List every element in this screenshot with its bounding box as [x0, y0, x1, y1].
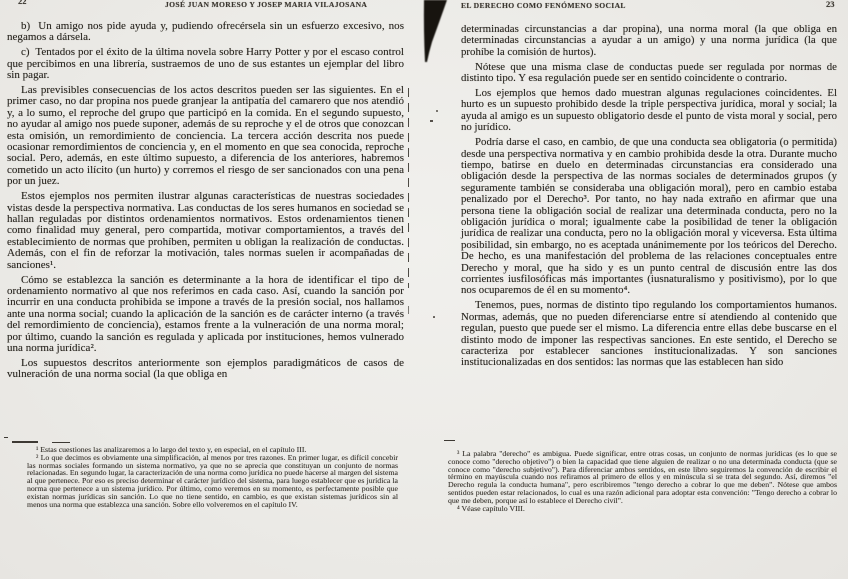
left-page-number: 22 [18, 0, 27, 6]
gutter-crease-tick [408, 306, 409, 314]
body-paragraph: Tenemos, pues, normas de distinto tipo r… [461, 300, 837, 368]
body-paragraph: Los supuestos descritos anteriormente so… [7, 358, 404, 381]
body-paragraph: Podría darse el caso, en cambio, de que … [461, 137, 837, 297]
scan-mark [444, 440, 455, 441]
right-footnotes: ³ La palabra "derecho" es ambigua. Puede… [448, 450, 837, 512]
body-paragraph: Nótese que una misma clase de conductas … [461, 62, 837, 85]
footnote: ³ La palabra "derecho" es ambigua. Puede… [448, 450, 837, 505]
scan-speck [433, 316, 435, 318]
right-body-text: determinadas circunstancias a dar propin… [461, 24, 837, 372]
footnote-separator-dash [12, 441, 38, 443]
body-paragraph: c) Tentados por el éxito de la última no… [7, 47, 404, 81]
left-footnotes: ¹ Estas cuestiones las analizaremos a lo… [27, 446, 398, 508]
body-paragraph: b) Un amigo nos pide ayuda y, pudiendo o… [7, 21, 404, 44]
gutter-shadow-blob [416, 0, 452, 66]
right-running-head: EL DERECHO COMO FENÓMENO SOCIAL [461, 1, 626, 10]
body-paragraph: Los ejemplos que hemos dado muestran alg… [461, 88, 837, 134]
body-paragraph: Estos ejemplos nos permiten ilustrar alg… [7, 191, 404, 271]
footnote: ⁴ Véase capítulo VIII. [448, 505, 837, 513]
scanned-book-spread: 22 JOSÉ JUAN MORESO Y JOSEP MARIA VILAJO… [0, 0, 848, 579]
gutter-crease-line [408, 88, 409, 288]
footnote: ² Lo que decimos es obviamente una simpl… [27, 454, 398, 509]
scan-speck [436, 110, 438, 112]
body-paragraph: Cómo se establezca la sanción es determi… [7, 275, 404, 355]
left-running-head: JOSÉ JUAN MORESO Y JOSEP MARIA VILAJOSAN… [165, 0, 367, 9]
body-paragraph: Las previsibles consecuencias de los act… [7, 85, 404, 188]
right-page-number: 23 [826, 0, 835, 9]
body-paragraph: determinadas circunstancias a dar propin… [461, 24, 837, 58]
footnote-separator-dash [52, 442, 70, 443]
scan-speck [430, 120, 433, 122]
left-body-text: b) Un amigo nos pide ayuda y, pudiendo o… [7, 21, 404, 384]
scan-mark [4, 437, 8, 438]
